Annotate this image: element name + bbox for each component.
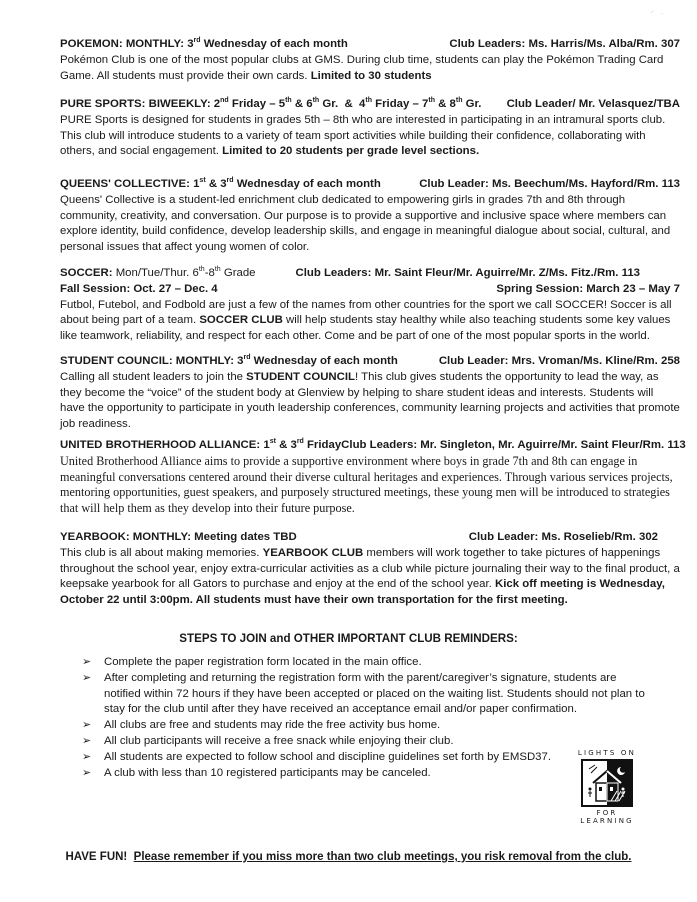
description-text: This club is all about making memories. [60, 547, 263, 559]
club-leaders: Club Leader/ Mr. Velasquez/TBA [507, 97, 680, 113]
club-name: YEARBOOK [60, 531, 126, 543]
club-description: Queens' Collective is a student-led enri… [60, 193, 680, 256]
arrow-bullet-icon: ➢ [82, 655, 91, 671]
footer-reminder: HAVE FUN! Please remember if you miss mo… [0, 851, 697, 863]
club-header: STUDENT COUNCIL: MONTHLY: 3rd Wednesday … [60, 354, 680, 370]
club-name: PURE SPORTS [60, 98, 142, 110]
club-title: STUDENT COUNCIL: MONTHLY: 3rd Wednesday … [60, 354, 398, 370]
club-name: UNITED BROTHERHOOD ALLIANCE [60, 439, 256, 451]
club-name: SOCCER [60, 267, 109, 279]
arrow-bullet-icon: ➢ [82, 750, 91, 766]
step-item: ➢All students are expected to follow sch… [82, 750, 652, 766]
footer-lead: HAVE FUN! [66, 851, 128, 863]
club-leaders: Club Leaders: Mr. Singleton, Mr. Aguirre… [341, 438, 686, 454]
club-name: STUDENT COUNCIL [60, 355, 169, 367]
lights-on-for-learning-logo: LIGHTS ON FOR LEARNING [573, 749, 641, 833]
logo-top-text: LIGHTS ON [573, 749, 641, 757]
step-item: ➢After completing and returning the regi… [82, 671, 652, 718]
club-header: YEARBOOK: MONTHLY: Meeting dates TBD Clu… [60, 530, 680, 546]
club-description: Pokémon Club is one of the most popular … [60, 53, 680, 85]
club-title: UNITED BROTHERHOOD ALLIANCE: 1st & 3rd F… [60, 438, 341, 454]
club-section-student-council: STUDENT COUNCIL: MONTHLY: 3rd Wednesday … [60, 354, 680, 433]
arrow-bullet-icon: ➢ [82, 671, 91, 687]
steps-title: STEPS TO JOIN and OTHER IMPORTANT CLUB R… [0, 632, 697, 645]
club-description: United Brotherhood Alliance aims to prov… [60, 454, 680, 517]
club-section-soccer: SOCCER: Mon/Tue/Thur. 6th-8th Grade Club… [60, 266, 680, 345]
club-section-queens-collective: QUEENS' COLLECTIVE: 1st & 3rd Wednesday … [60, 177, 680, 256]
step-item: ➢All clubs are free and students may rid… [82, 718, 652, 734]
arrow-bullet-icon: ➢ [82, 734, 91, 750]
step-text: A club with less than 10 registered part… [104, 767, 431, 779]
description-text: Calling all student leaders to join the [60, 371, 246, 383]
club-title: YEARBOOK: MONTHLY: Meeting dates TBD [60, 530, 297, 546]
fall-session: Fall Session: Oct. 27 – Dec. 4 [60, 282, 218, 298]
spring-session: Spring Session: March 23 – May 7 [496, 282, 680, 298]
description-bold: Limited to 30 students [311, 70, 432, 82]
club-header: SOCCER: Mon/Tue/Thur. 6th-8th Grade Club… [60, 266, 680, 282]
club-section-united-brotherhood-alliance: UNITED BROTHERHOOD ALLIANCE: 1st & 3rd F… [60, 438, 680, 517]
club-header: UNITED BROTHERHOOD ALLIANCE: 1st & 3rd F… [60, 438, 680, 454]
step-text: After completing and returning the regis… [104, 672, 645, 716]
club-flyer-page: ⸍ · POKEMON: MONTHLY: 3rd Wednesday of e… [0, 0, 697, 902]
club-leaders: Club Leader: Mrs. Vroman/Ms. Kline/Rm. 2… [439, 354, 680, 370]
club-section-yearbook: YEARBOOK: MONTHLY: Meeting dates TBD Clu… [60, 530, 680, 609]
club-sessions: Fall Session: Oct. 27 – Dec. 4 Spring Se… [60, 282, 680, 298]
description-bold: SOCCER CLUB [199, 314, 283, 326]
club-description: This club is all about making memories. … [60, 546, 680, 609]
step-text: All clubs are free and students may ride… [104, 719, 440, 731]
club-header: PURE SPORTS: BIWEEKLY: 2nd Friday – 5th … [60, 97, 680, 113]
step-item: ➢All club participants will receive a fr… [82, 734, 652, 750]
club-title: SOCCER: Mon/Tue/Thur. 6th-8th Grade [60, 266, 256, 282]
step-text: Complete the paper registration form loc… [104, 656, 422, 668]
description-bold: Limited to 20 students per grade level s… [222, 145, 479, 157]
club-description: Calling all student leaders to join the … [60, 370, 680, 433]
club-section-pokemon: POKEMON: MONTHLY: 3rd Wednesday of each … [60, 37, 680, 84]
club-title: QUEENS' COLLECTIVE: 1st & 3rd Wednesday … [60, 177, 381, 193]
club-leaders: Club Leaders: Mr. Saint Fleur/Mr. Aguirr… [295, 266, 640, 282]
description-bold: YEARBOOK CLUB [263, 547, 364, 559]
club-name: POKEMON [60, 38, 119, 50]
club-header: QUEENS' COLLECTIVE: 1st & 3rd Wednesday … [60, 177, 680, 193]
step-item: ➢A club with less than 10 registered par… [82, 766, 652, 782]
club-title: PURE SPORTS: BIWEEKLY: 2nd Friday – 5th … [60, 97, 481, 113]
club-name: QUEENS' COLLECTIVE [60, 178, 186, 190]
club-leaders: Club Leaders: Ms. Harris/Ms. Alba/Rm. 30… [449, 37, 680, 53]
schoolhouse-icon [581, 759, 633, 807]
step-text: All club participants will receive a fre… [104, 735, 453, 747]
logo-bottom-text: FOR LEARNING [573, 809, 641, 825]
club-description: Futbol, Futebol, and Fodbold are just a … [60, 298, 680, 345]
steps-list: ➢Complete the paper registration form lo… [82, 655, 652, 781]
description-bold: STUDENT COUNCIL [246, 371, 355, 383]
arrow-bullet-icon: ➢ [82, 766, 91, 782]
club-description: PURE Sports is designed for students in … [60, 113, 680, 160]
club-header: POKEMON: MONTHLY: 3rd Wednesday of each … [60, 37, 680, 53]
club-title: POKEMON: MONTHLY: 3rd Wednesday of each … [60, 37, 348, 53]
step-text: All students are expected to follow scho… [104, 751, 551, 763]
scan-marks: ⸍ · [650, 8, 663, 19]
club-leaders: Club Leader: Ms. Roselieb/Rm. 302 [469, 530, 658, 546]
club-section-pure-sports: PURE SPORTS: BIWEEKLY: 2nd Friday – 5th … [60, 97, 680, 160]
club-leaders: Club Leader: Ms. Beechum/Ms. Hayford/Rm.… [419, 177, 680, 193]
step-item: ➢Complete the paper registration form lo… [82, 655, 652, 671]
footer-removal-warning: Please remember if you miss more than tw… [134, 851, 632, 863]
arrow-bullet-icon: ➢ [82, 718, 91, 734]
